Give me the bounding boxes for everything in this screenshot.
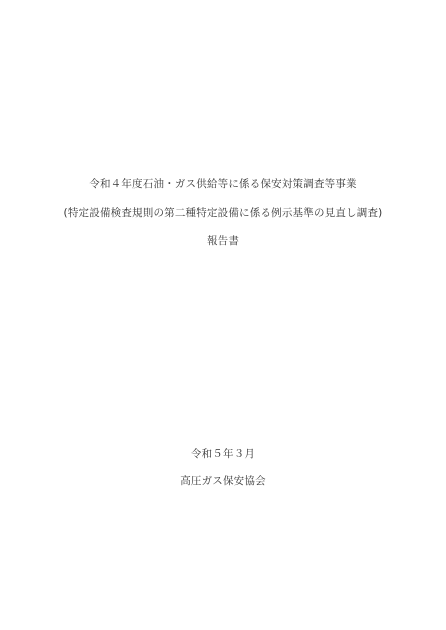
report-title: 令和４年度石油・ガス供給等に係る保安対策調査等事業 xyxy=(0,177,446,191)
report-subtitle: (特定設備検査規則の第二種特定設備に係る例示基準の見直し調査) xyxy=(0,206,446,220)
publication-date: 令和５年３月 xyxy=(0,447,446,461)
document-type-label: 報告書 xyxy=(0,234,446,248)
publisher-organization: 高圧ガス保安協会 xyxy=(0,474,446,488)
report-cover-page: 令和４年度石油・ガス供給等に係る保安対策調査等事業 (特定設備検査規則の第二種特… xyxy=(0,0,446,630)
